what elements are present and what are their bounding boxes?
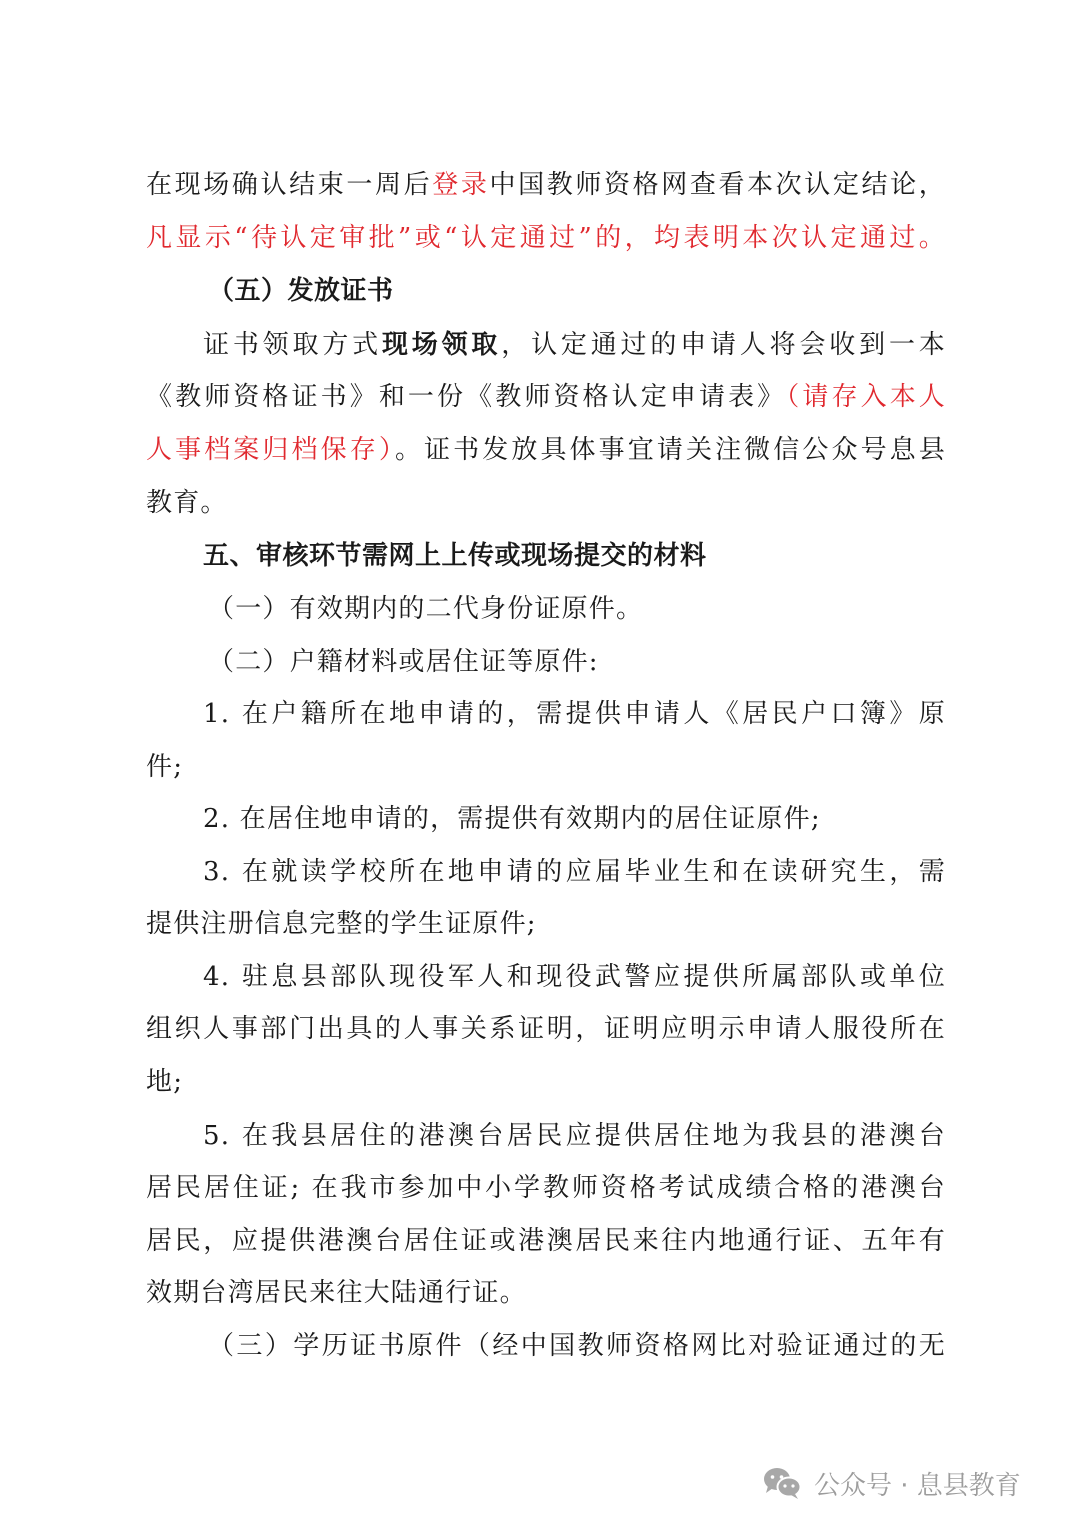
- sub-item-1-line-1: 1. 在户籍所在地申请的，需提供申请人《居民户口簿》原: [203, 697, 946, 731]
- certificate-paragraph-line-4: 教育。: [146, 486, 946, 520]
- login-highlight: 登录: [432, 170, 489, 200]
- sub-item-3-line-1: 3. 在就读学校所在地申请的应届毕业生和在读研究生，需: [203, 855, 946, 889]
- text-span: ，认定通过的申请人将会收到一本: [501, 330, 946, 360]
- text-span: 中国教师资格网查看本次认定结论，: [489, 170, 946, 200]
- document-page: 在现场确认结束一周后登录中国教师资格网查看本次认定结论， 凡显示“待认定审批”或…: [0, 0, 1080, 1527]
- wechat-icon: [762, 1466, 802, 1500]
- item-3-line-1: （三）学历证书原件（经中国教师资格网比对验证通过的无: [208, 1329, 946, 1363]
- sub-item-4-line-3: 地;: [146, 1065, 946, 1099]
- sub-item-5-line-1: 5. 在我县居住的港澳台居民应提供居住地为我县的港澳台: [203, 1119, 946, 1153]
- wechat-watermark: 公众号 · 息县教育: [762, 1463, 1021, 1503]
- certificate-paragraph-line-1: 证书领取方式现场领取，认定通过的申请人将会收到一本: [203, 328, 946, 362]
- item-1: （一）有效期内的二代身份证原件。: [208, 592, 951, 626]
- text-span: 。证书发放具体事宜请关注微信公众号息县: [395, 435, 946, 465]
- verify-paragraph-line-1: 在现场确认结束一周后登录中国教师资格网查看本次认定结论，: [146, 168, 946, 202]
- on-site-pickup-emphasis: 现场领取: [382, 330, 501, 360]
- archive-note-red: （请存入本人: [786, 382, 946, 412]
- sub-item-5-line-4: 效期台湾居民来往大陆通行证。: [146, 1276, 946, 1310]
- sub-item-4-line-1: 4. 驻息县部队现役军人和现役武警应提供所属部队或单位: [203, 960, 946, 994]
- watermark-label: 公众号 · 息县教育: [814, 1465, 1021, 1502]
- certificate-paragraph-line-2: 《教师资格证书》和一份《教师资格认定申请表》（请存入本人: [146, 380, 946, 414]
- sub-item-5-line-2: 居民居住证; 在我市参加中小学教师资格考试成绩合格的港澳台: [146, 1171, 946, 1205]
- archive-note-red-cont: 人事档案归档保存）: [146, 435, 395, 465]
- certificate-paragraph-line-3: 人事档案归档保存）。证书发放具体事宜请关注微信公众号息县: [146, 433, 946, 467]
- section-5-heading: （五）发放证书: [208, 274, 951, 308]
- text-span: 证书领取方式: [203, 330, 382, 360]
- item-2: （二）户籍材料或居住证等原件:: [208, 645, 951, 679]
- sub-item-3-line-2: 提供注册信息完整的学生证原件;: [146, 907, 946, 941]
- verify-paragraph-line-2: 凡显示“待认定审批”或“认定通过”的，均表明本次认定通过。: [146, 221, 946, 255]
- sub-item-1-line-2: 件;: [146, 750, 946, 784]
- text-span: 《教师资格证书》和一份《教师资格认定申请表》: [146, 382, 786, 412]
- sub-item-5-line-3: 居民，应提供港澳台居住证或港澳居民来往内地通行证、五年有: [146, 1224, 946, 1258]
- sub-item-2-line-1: 2. 在居住地申请的，需提供有效期内的居住证原件;: [203, 802, 946, 836]
- text-span: 在现场确认结束一周后: [146, 170, 432, 200]
- chapter-5-heading: 五、审核环节需网上上传或现场提交的材料: [203, 539, 946, 573]
- sub-item-4-line-2: 组织人事部门出具的人事关系证明，证明应明示申请人服役所在: [146, 1012, 946, 1046]
